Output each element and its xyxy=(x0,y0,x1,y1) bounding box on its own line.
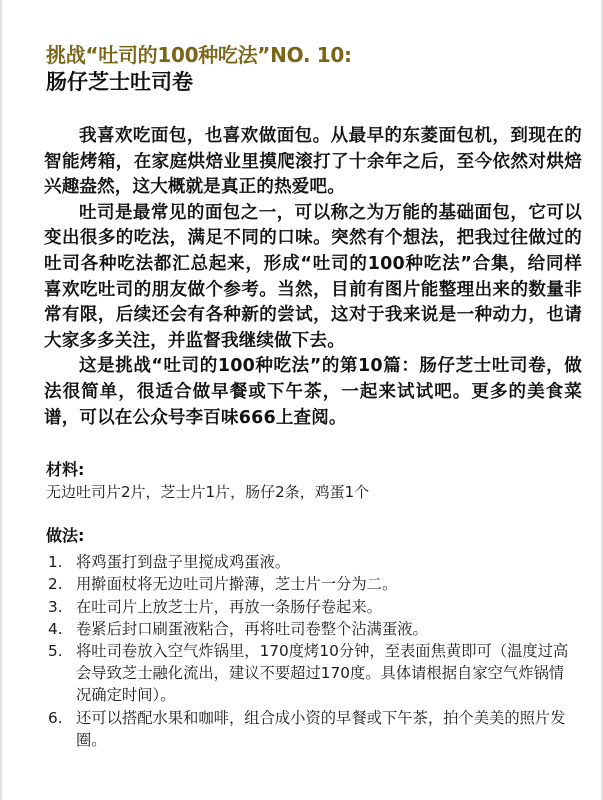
step-number: 2. xyxy=(48,573,63,595)
step-number: 6. xyxy=(48,707,63,729)
page-frame: 挑战“吐司的100种吃法”NO. 10: 肠仔芝士吐司卷 我喜欢吃面包，也喜欢做… xyxy=(0,0,603,800)
step-item: 6. 还可以搭配水果和咖啡，组合成小资的早餐或下午茶，拍个美美的照片发圈。 xyxy=(46,707,576,751)
materials-list: 无边吐司片2片，芝士片1片，肠仔2条，鸡蛋1个 xyxy=(46,481,576,503)
step-text: 将吐司卷放入空气炸锅里，170度烤10分钟，至表面焦黄即可（温度过高会导致芝士融… xyxy=(76,642,568,704)
step-item: 1. 将鸡蛋打到盘子里搅成鸡蛋液。 xyxy=(46,551,576,573)
intro-section: 我喜欢吃面包，也喜欢做面包。从最早的东菱面包机，到现在的智能烤箱，在家庭烘焙业里… xyxy=(44,124,582,431)
step-text: 用擀面杖将无边吐司片擀薄，芝士片一分为二。 xyxy=(76,575,397,593)
recipe-title: 肠仔芝士吐司卷 xyxy=(46,68,576,96)
intro-paragraph: 我喜欢吃面包，也喜欢做面包。从最早的东菱面包机，到现在的智能烤箱，在家庭烘焙业里… xyxy=(44,124,582,201)
step-number: 3. xyxy=(48,596,63,618)
step-text: 在吐司片上放芝士片，再放一条肠仔卷起来。 xyxy=(76,598,382,616)
materials-heading: 材料: xyxy=(46,459,576,481)
step-number: 1. xyxy=(48,551,63,573)
step-number: 4. xyxy=(48,618,63,640)
step-item: 2. 用擀面杖将无边吐司片擀薄，芝士片一分为二。 xyxy=(46,573,576,595)
method-steps: 1. 将鸡蛋打到盘子里搅成鸡蛋液。 2. 用擀面杖将无边吐司片擀薄，芝士片一分为… xyxy=(46,551,576,751)
step-item: 5. 将吐司卷放入空气炸锅里，170度烤10分钟，至表面焦黄即可（温度过高会导致… xyxy=(46,640,576,707)
intro-paragraph: 吐司是最常见的面包之一，可以称之为万能的基础面包，它可以变出很多的吃法，满足不同… xyxy=(44,201,582,355)
intro-paragraph: 这是挑战“吐司的100种吃法”的第10篇：肠仔芝士吐司卷，做法很简单，很适合做早… xyxy=(44,354,582,431)
step-item: 3. 在吐司片上放芝士片，再放一条肠仔卷起来。 xyxy=(46,596,576,618)
step-text: 卷紧后封口刷蛋液粘合，再将吐司卷整个沾满蛋液。 xyxy=(76,620,428,638)
step-number: 5. xyxy=(48,640,63,662)
series-title: 挑战“吐司的100种吃法”NO. 10: xyxy=(46,42,576,68)
step-item: 4. 卷紧后封口刷蛋液粘合，再将吐司卷整个沾满蛋液。 xyxy=(46,618,576,640)
step-text: 还可以搭配水果和咖啡，组合成小资的早餐或下午茶，拍个美美的照片发圈。 xyxy=(76,709,566,749)
method-heading: 做法: xyxy=(46,525,576,547)
step-text: 将鸡蛋打到盘子里搅成鸡蛋液。 xyxy=(76,553,290,571)
recipe-document: 挑战“吐司的100种吃法”NO. 10: 肠仔芝士吐司卷 我喜欢吃面包，也喜欢做… xyxy=(46,42,576,751)
